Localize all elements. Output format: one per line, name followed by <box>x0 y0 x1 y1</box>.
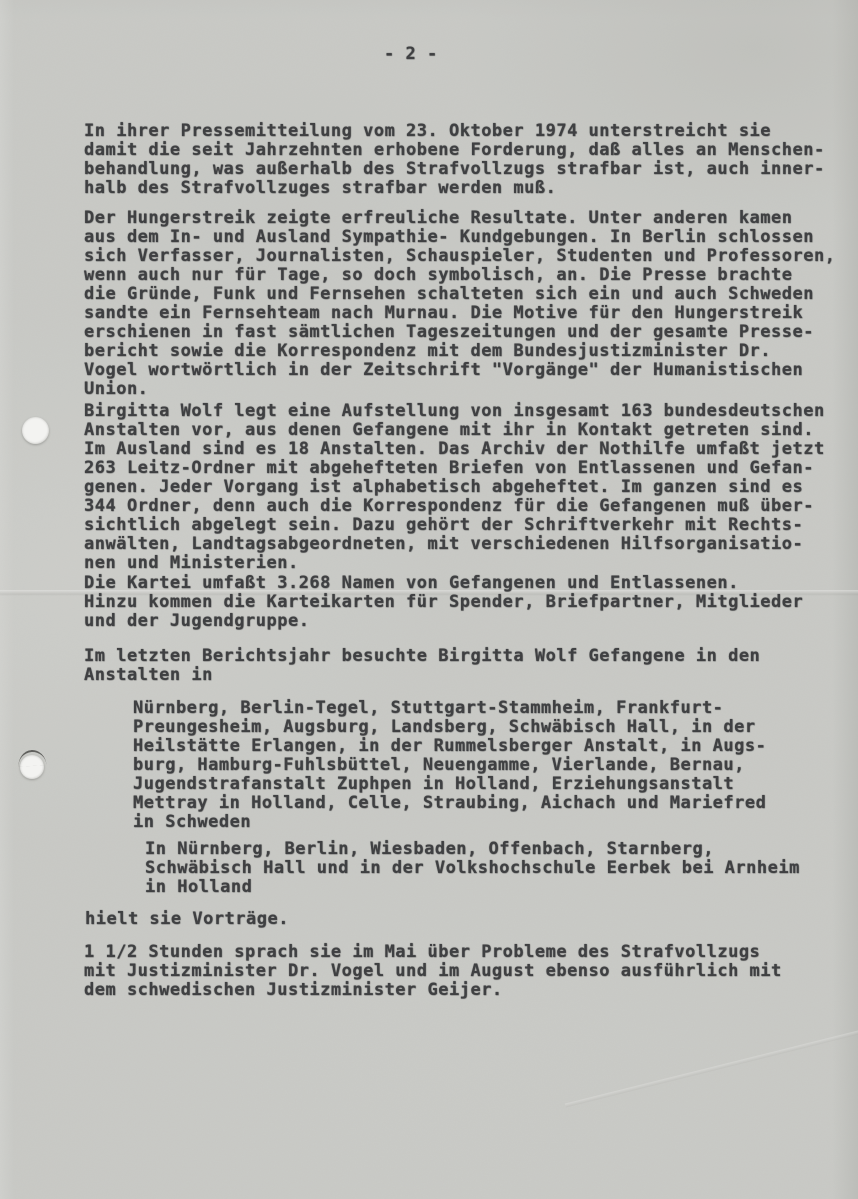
paragraph-justizminister: 1 1/2 Stunden sprach sie im Mai über Pro… <box>84 943 782 1000</box>
fold-crease-diagonal <box>565 1017 858 1108</box>
paragraph-archiv: Birgitta Wolf legt eine Aufstellung von … <box>84 402 825 573</box>
scanned-page: - 2 - In ihrer Pressemitteilung vom 23. … <box>0 0 858 1199</box>
paragraph-pressemitteilung: In ihrer Pressemitteilung vom 23. Oktobe… <box>84 122 825 198</box>
paragraph-hungerstreik: Der Hungerstreik zeigte erfreuliche Resu… <box>84 209 835 399</box>
paragraph-berichtsjahr: Im letzten Berichtsjahr besuchte Birgitt… <box>84 647 760 685</box>
punch-hole-top <box>22 417 49 444</box>
punch-hole-bottom <box>20 755 44 779</box>
list-besuchte-anstalten: Nürnberg, Berlin-Tegel, Stuttgart-Stammh… <box>133 699 766 832</box>
page-number: - 2 - <box>384 45 438 64</box>
paragraph-kartei: Die Kartei umfaßt 3.268 Namen von Gefang… <box>84 574 803 631</box>
line-hielt-vortraege: hielt sie Vorträge. <box>85 910 289 929</box>
list-vortragsorte: In Nürnberg, Berlin, Wiesbaden, Offenbac… <box>145 840 800 897</box>
